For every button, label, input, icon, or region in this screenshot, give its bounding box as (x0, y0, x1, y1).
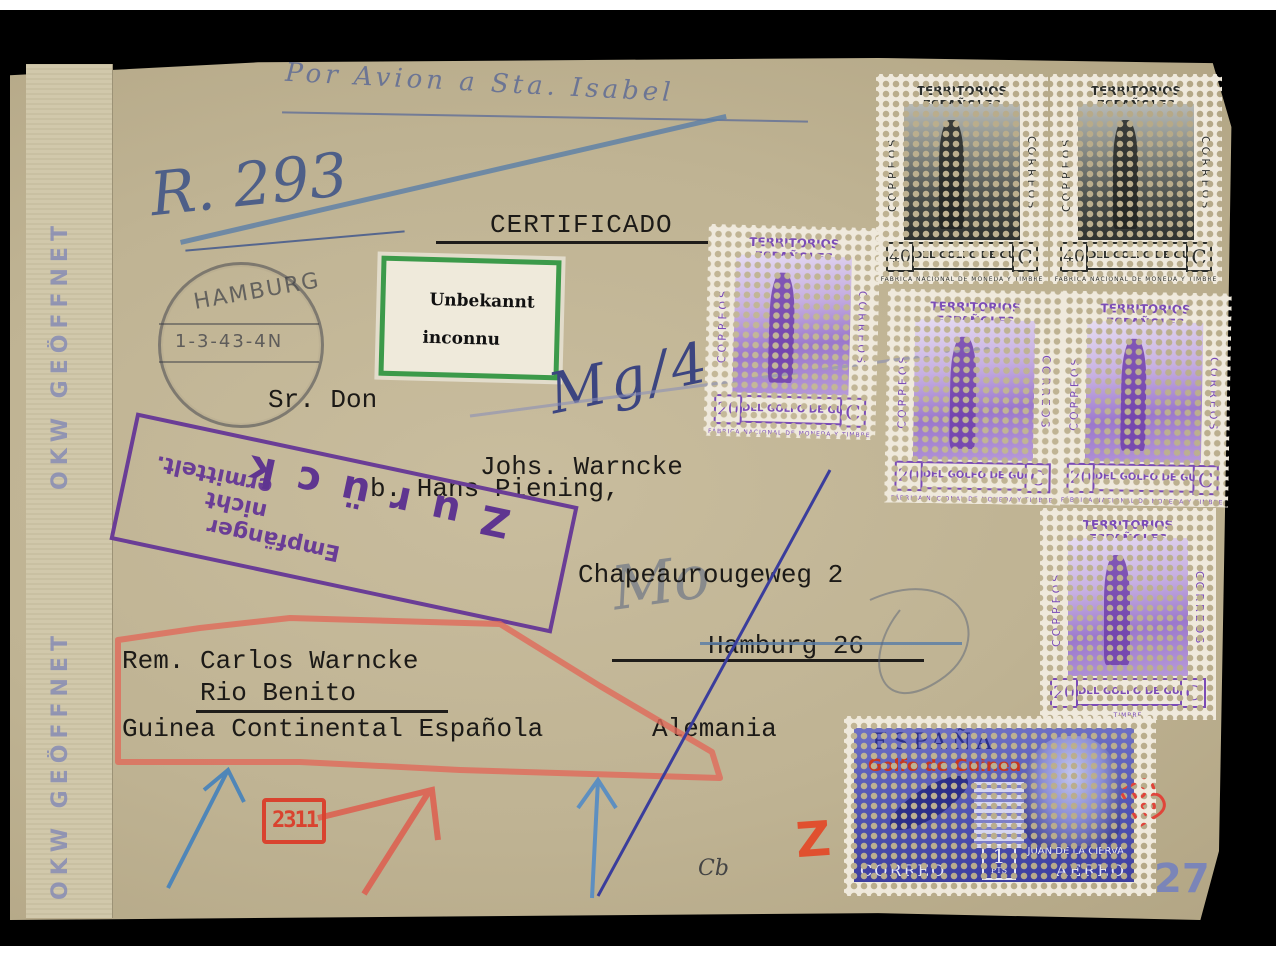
certificado-label: CERTIFICADO (490, 210, 673, 240)
undeliverable-label-fr: inconnu (422, 328, 500, 350)
stamp-value: 20 (894, 461, 923, 491)
sender-town-underline (196, 710, 448, 713)
airmail-left-text: CORREO (860, 861, 946, 880)
undeliverable-label: Unbekannt inconnu (378, 256, 561, 381)
stamp-currency: C (1180, 678, 1206, 708)
airmail-value-box: 1PTS (982, 844, 1016, 880)
stamp-side-text: CORREOS (1033, 331, 1053, 455)
airmail-right-text: AEREO (1056, 861, 1126, 880)
stamp-printer: FÁBRICA NACIONAL DE MONEDA Y TIMBRE (876, 276, 1048, 283)
certificado-underline (436, 241, 708, 244)
stamp-side-text: CORREOS (1050, 548, 1068, 670)
stamp-currency: C (1024, 463, 1051, 493)
stamp-side-text: CORREOS (1067, 331, 1087, 455)
airmail-overprint: Golfo de Guinea (868, 756, 1021, 776)
stamp-side-text: CORREOS (1201, 333, 1221, 457)
sender-town: Rio Benito (200, 678, 356, 708)
blue-number: 27 (1154, 856, 1210, 902)
image-border-top (0, 0, 1276, 10)
sender-name: Rem. Carlos Warncke (122, 646, 418, 676)
postmark-city: HAMBURG (192, 268, 323, 315)
stamp-20c-3: TERRITORIOS ESPAÑOLES CORREOS CORREOS 20… (1056, 291, 1232, 508)
pencil-note: Cb (698, 856, 729, 881)
stamp-value: 40 (886, 242, 914, 272)
stamp-printer: FÁBRICA NACIONAL DE MONEDA Y TIMBRE (1050, 276, 1222, 283)
airmail-stamp-face: ESPAÑA Golfo de Guinea JUAN DE LA CIERVA… (854, 728, 1134, 882)
stamp-side-text: CORREOS (1194, 114, 1212, 234)
stamp-inscription: DEL GOLFO DE GUINEA (1088, 242, 1188, 270)
censor-tape-text-lower: OKW GEÖFFNET (48, 630, 73, 900)
stamp-inscription: DEL GOLFO DE GUINEA (922, 461, 1026, 491)
stamp-40c-1: TERRITORIOS ESPAÑOLES CORREOS CORREOS 40… (876, 74, 1048, 284)
stamp-20c-2: TERRITORIOS ESPAÑOLES CORREOS CORREOS 20… (884, 288, 1064, 505)
stamp-side-text: CORREOS (886, 114, 904, 234)
stamp-value: 20 (1066, 463, 1095, 493)
postmark-date: 1-3-43-4N (175, 331, 283, 352)
stamp-currency: C (1012, 242, 1038, 272)
stamp-vignette-boatman (913, 319, 1035, 461)
stamp-vignette-boatman (1068, 538, 1188, 676)
stamp-inscription: DEL GOLFO DE GUINEA (914, 242, 1014, 270)
city-underline (612, 659, 924, 662)
red-crayon-z: Z (794, 811, 833, 869)
stamp-side-text: CORREOS (1060, 114, 1078, 234)
stamp-side-text: CORREOS (895, 329, 915, 453)
stamp-vignette-drummer (1078, 104, 1194, 240)
sender-country: Guinea Continental Española (122, 714, 543, 744)
airmail-value: 1 (993, 844, 1006, 868)
stamp-vignette-drummer (904, 104, 1020, 240)
stamp-side-text: CORREOS (849, 268, 870, 390)
airmail-stamp-cierva: ESPAÑA Golfo de Guinea JUAN DE LA CIERVA… (844, 716, 1156, 896)
return-handstamp-line1: Empfänger (205, 513, 343, 566)
blue-crayon-strike (700, 642, 962, 645)
destination-country: Alemania (652, 714, 777, 744)
stamp-vignette-boatman (1085, 321, 1203, 463)
stamp-currency: C (1186, 242, 1212, 272)
image-border-bottom (0, 946, 1276, 956)
stamp-inscription: DEL GOLFO DE GUINEA (1078, 678, 1182, 706)
postmark-bar (159, 361, 319, 363)
stamp-side-text: CORREOS (1188, 548, 1206, 670)
stamp-value: 20 (714, 394, 743, 425)
censor-number-box: 2311 (262, 798, 326, 844)
stamp-20c-4: TERRITORIOS ESPAÑOLES CORREOS CORREOS 20… (1040, 508, 1216, 720)
stamp-currency: C (840, 397, 867, 428)
stamp-inscription: DEL GOLFO DE GUINEA (742, 395, 843, 426)
censor-tape-text: OKW GEÖFFNET (48, 220, 73, 490)
addressee-street: Chapeaurougeweg 2 (578, 560, 843, 590)
airmail-country: ESPAÑA (872, 730, 997, 755)
portrait-icon (1024, 736, 1120, 846)
undeliverable-label-de: Unbekannt (429, 290, 535, 313)
stamp-inscription: DEL GOLFO DE GUINEA (1094, 463, 1194, 493)
airmail-portrait-name: JUAN DE LA CIERVA (1028, 846, 1124, 857)
stamp-20c-1: TERRITORIOS ESPAÑOLES CORREOS CORREOS 20… (703, 224, 880, 440)
airmail-unit: PTS (984, 866, 1014, 876)
stamp-side-text: CORREOS (1020, 114, 1038, 234)
stamp-value: 20 (1050, 678, 1078, 708)
stamp-currency: C (1192, 465, 1219, 495)
stamp-40c-2: TERRITORIOS ESPAÑOLES CORREOS CORREOS 40… (1050, 74, 1222, 284)
autogiro-icon (883, 766, 975, 839)
addressee-salutation: Sr. Don (268, 385, 377, 415)
building-icon (974, 782, 1024, 848)
censor-number: 2311 (272, 808, 317, 833)
stamp-value: 40 (1060, 242, 1088, 272)
postmark-bar (159, 323, 319, 325)
addressee-city: Hamburg 26 (708, 631, 864, 661)
stamp-vignette-boatman (732, 255, 852, 396)
